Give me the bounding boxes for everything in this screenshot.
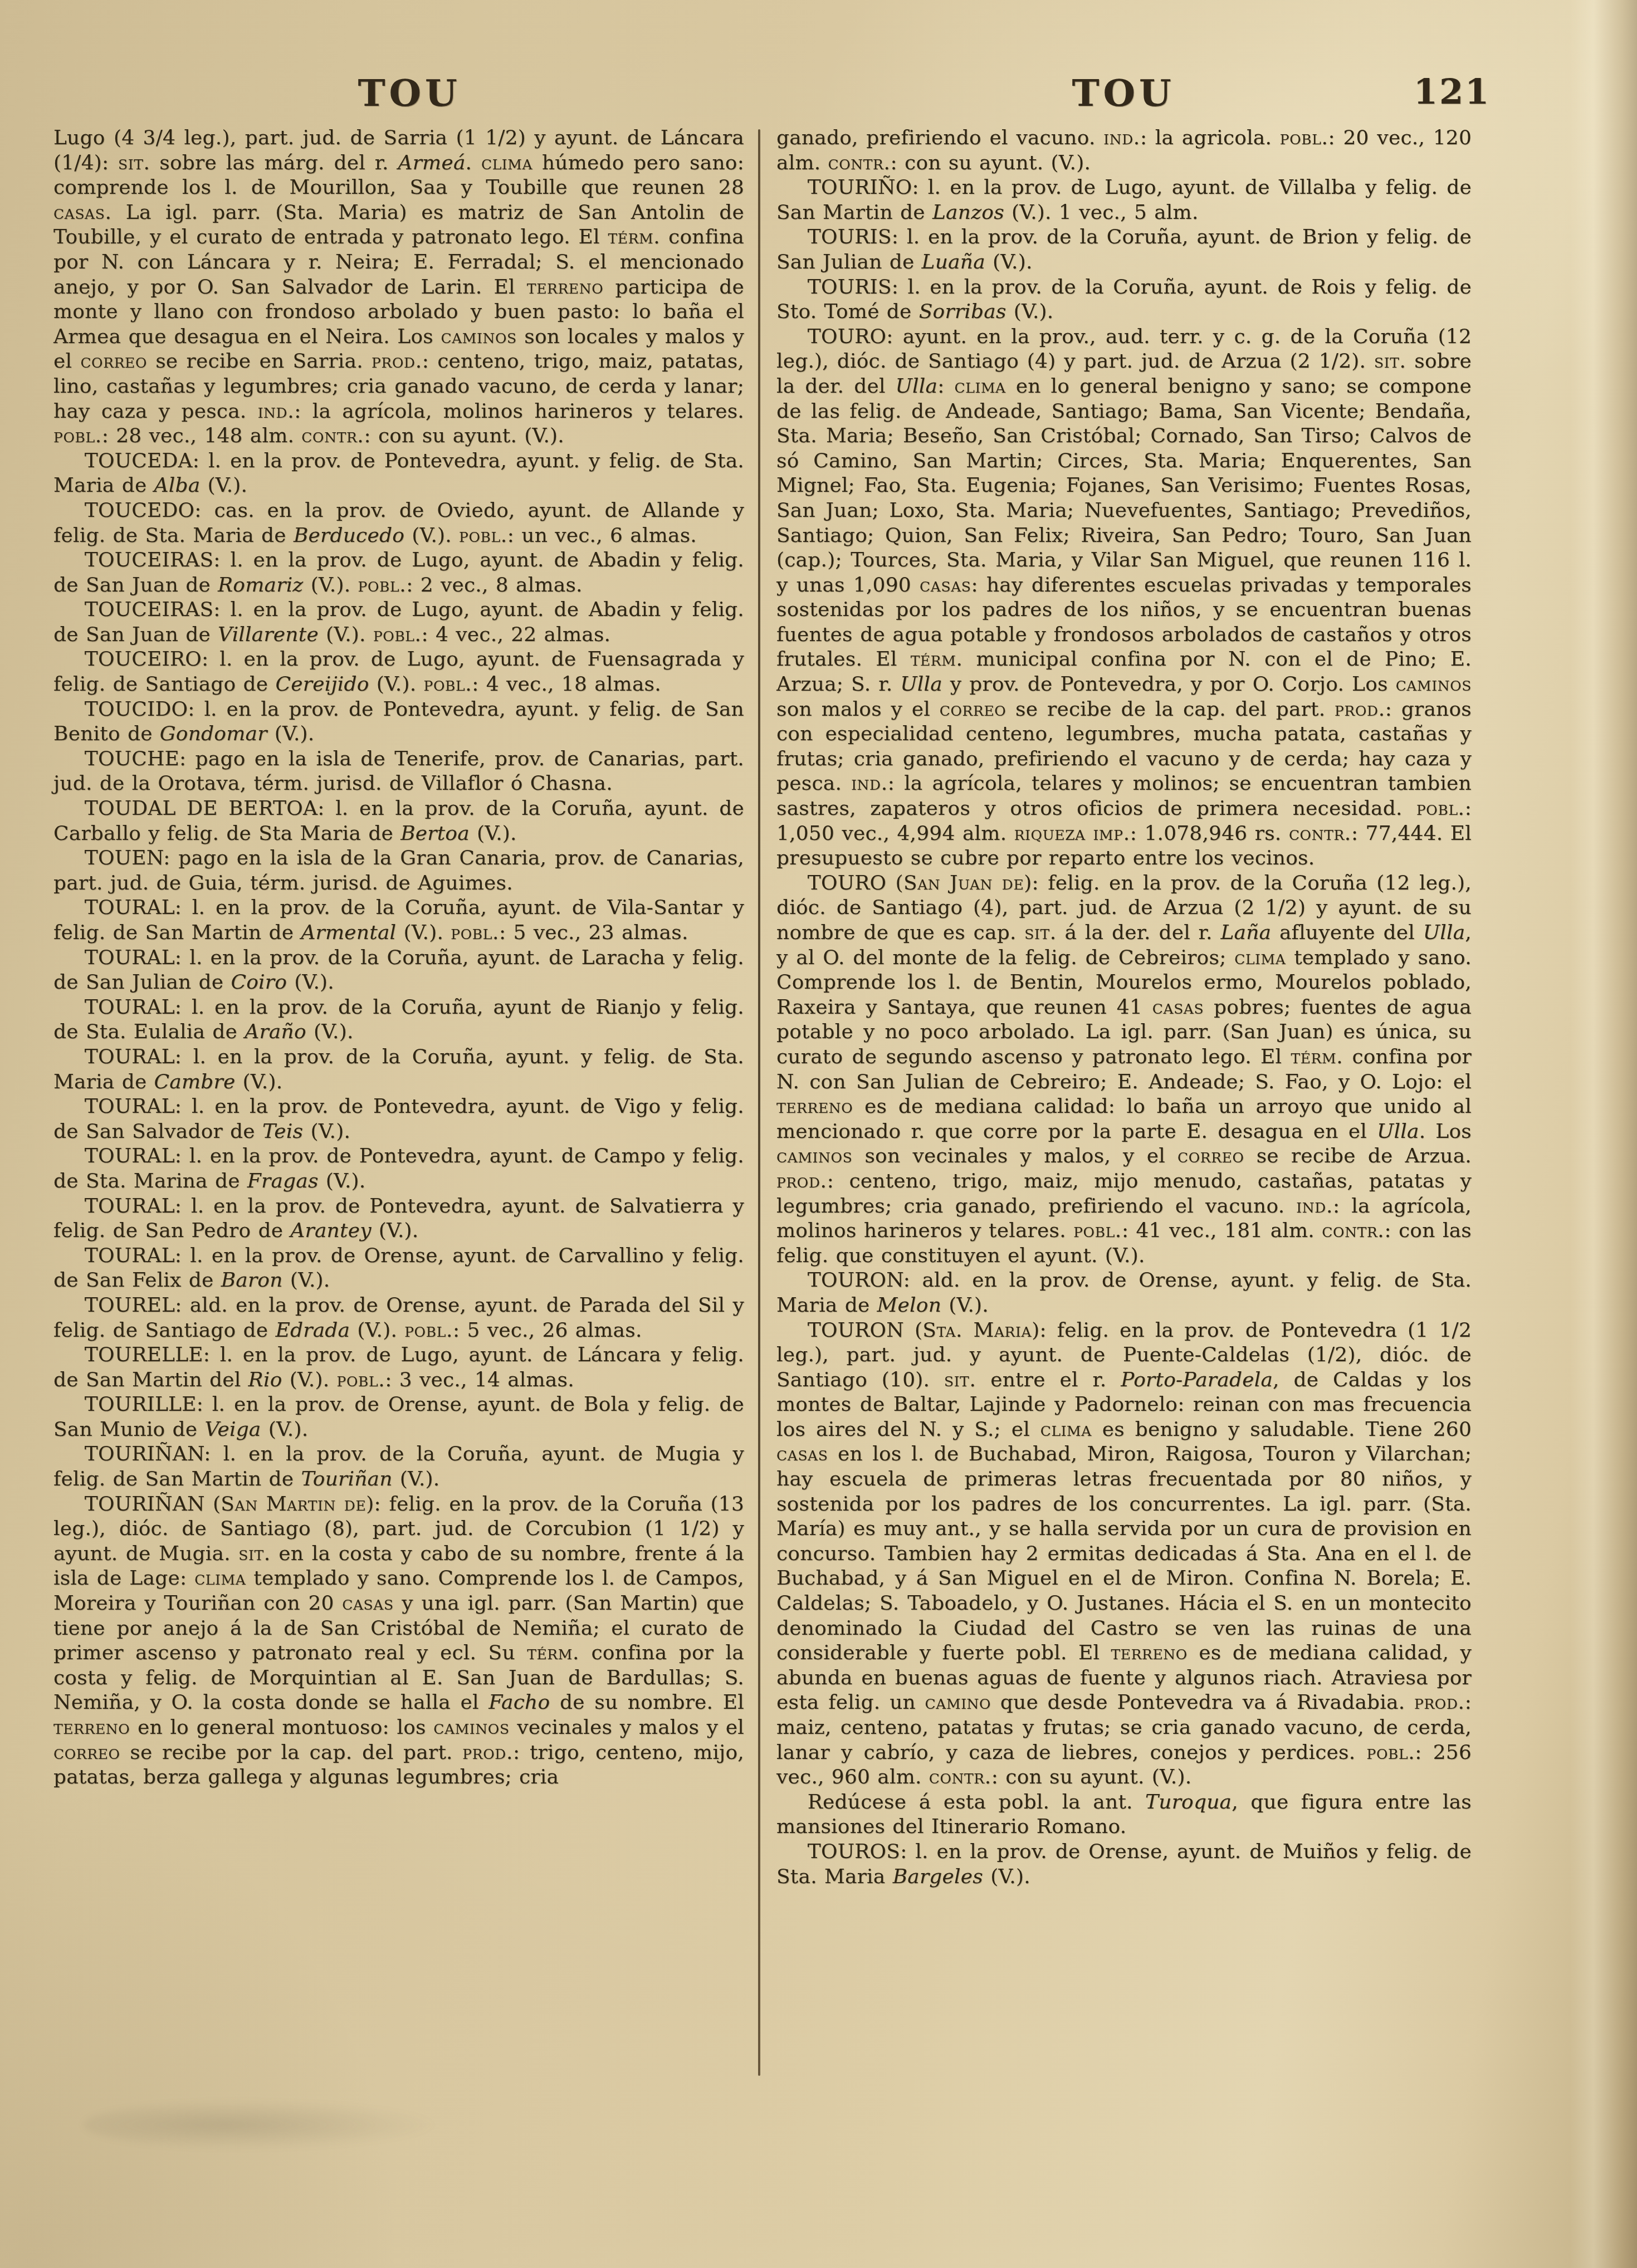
dictionary-entry: TOUCEDO: cas. en la prov. de Oviedo, ayu…: [53, 498, 744, 548]
dictionary-entry: TOUCEDA: l. en la prov. de Pontevedra, a…: [53, 449, 744, 498]
dictionary-entry: TOURAL: l. en la prov. de la Coruña, ayu…: [53, 995, 744, 1045]
dictionary-entry: TOURAL: l. en la prov. de Pontevedra, ay…: [53, 1194, 744, 1244]
running-title-right: TOU: [775, 71, 1472, 115]
dictionary-entry: TOURELLE: l. en la prov. de Lugo, ayunt.…: [53, 1343, 744, 1392]
page-number: 121: [1388, 71, 1516, 112]
dictionary-entry: TOUREL: ald. en la prov. de Orense, ayun…: [53, 1293, 744, 1343]
dictionary-entry: TOUEN: pago en la isla de la Gran Canari…: [53, 846, 744, 896]
dictionary-entry: TOUCEIRO: l. en la prov. de Lugo, ayunt.…: [53, 647, 744, 697]
dictionary-entry: TOURAL: l. en la prov. de Pontevedra, ay…: [53, 1144, 744, 1194]
column-divider-rule: [758, 129, 760, 2076]
dictionary-entry: TOURIS: l. en la prov. de la Coruña, ayu…: [776, 275, 1472, 325]
dictionary-entry: TOURO: ayunt. en la prov., aud. terr. y …: [776, 325, 1472, 871]
left-column: Lugo (4 3/4 leg.), part. jud. de Sarria …: [53, 126, 744, 1790]
dictionary-entry: Redúcese á esta pobl. la ant. Turoqua, q…: [776, 1790, 1472, 1840]
dictionary-entry: TOURAL: l. en la prov. de Orense, ayunt.…: [53, 1244, 744, 1293]
dictionary-entry: TOURAL: l. en la prov. de la Coruña, ayu…: [53, 1045, 744, 1094]
dictionary-entry: TOUDAL DE BERTOA: l. en la prov. de la C…: [53, 796, 744, 846]
dictionary-entry: TOURIÑAN: l. en la prov. de la Coruña, a…: [53, 1442, 744, 1492]
dictionary-entry: TOURAL: l. en la prov. de Pontevedra, ay…: [53, 1094, 744, 1144]
dictionary-entry: TOUCEIRAS: l. en la prov. de Lugo, ayunt…: [53, 598, 744, 647]
dictionary-entry: TOURIÑAN (San Martin de): felig. en la p…: [53, 1492, 744, 1790]
dictionary-entry: TOUCEIRAS: l. en la prov. de Lugo, ayunt…: [53, 548, 744, 598]
dictionary-entry: TOURO (San Juan de): felig. en la prov. …: [776, 871, 1472, 1269]
dictionary-entry: TOUCIDO: l. en la prov. de Pontevedra, a…: [53, 697, 744, 747]
dictionary-entry: TOURON: ald. en la prov. de Orense, ayun…: [776, 1268, 1472, 1318]
dictionary-entry: TOURIS: l. en la prov. de la Coruña, ayu…: [776, 225, 1472, 275]
dictionary-entry: TOURAL: l. en la prov. de la Coruña, ayu…: [53, 896, 744, 945]
dictionary-entry: TOUROS: l. en la prov. de Orense, ayunt.…: [776, 1840, 1472, 1889]
dictionary-entry: TOURAL: l. en la prov. de la Coruña, ayu…: [53, 946, 744, 995]
page-header: TOU TOU 121: [0, 71, 1637, 133]
scanned-book-page: { "page": { "paper_color": "#d9c8a1", "i…: [0, 0, 1637, 2268]
dictionary-entry: TOUCHE: pago en la isla de Tenerife, pro…: [53, 747, 744, 796]
ink-smudge: [84, 2100, 440, 2150]
dictionary-entry: TOURILLE: l. en la prov. de Orense, ayun…: [53, 1392, 744, 1442]
dictionary-entry: TOURIÑO: l. en la prov. de Lugo, ayunt. …: [776, 175, 1472, 225]
right-column: ganado, prefiriendo el vacuno. ind.: la …: [776, 126, 1472, 1889]
running-title-left: TOU: [72, 71, 746, 115]
dictionary-entry: ganado, prefiriendo el vacuno. ind.: la …: [776, 126, 1472, 175]
dictionary-entry: TOURON (Sta. Maria): felig. en la prov. …: [776, 1318, 1472, 1790]
dictionary-entry: Lugo (4 3/4 leg.), part. jud. de Sarria …: [53, 126, 744, 449]
